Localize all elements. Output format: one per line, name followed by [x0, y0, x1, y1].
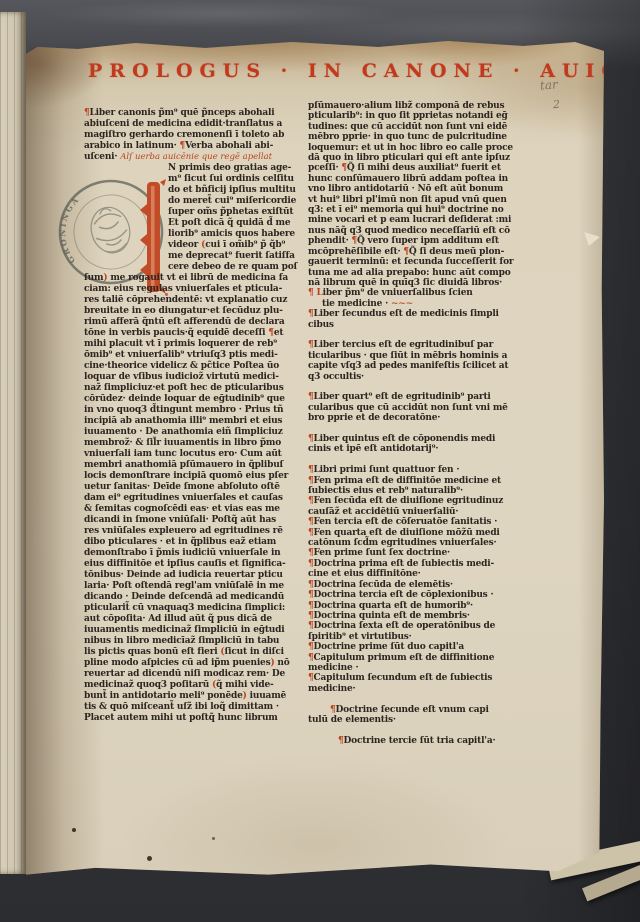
text-line — [308, 694, 570, 704]
text-line: ¶Liber quintus eſt de cōponendis medi — [308, 434, 570, 444]
text-column-right: pſūmauero·alium libz̃ componā de rebuspt… — [308, 101, 570, 746]
text-column-left: ¶Liber canonis p̃m⁹ quē p̃nceps abohalia… — [84, 108, 339, 724]
text-line: ciam: eius regulas vniuerſales et pticul… — [84, 284, 339, 295]
text-line: in vno quoq3 d̃tingunt membro · Prius tñ — [84, 405, 339, 416]
text-line: iuuamentis medicinaz̃ ſimpliciū in eḡtud… — [84, 625, 339, 636]
text-line: locis demonſtrare incipiā quomō eius pſe… — [84, 471, 339, 482]
text-line: ſpiritib⁹ et virtutibus· — [308, 632, 570, 642]
text-line: ¶Doctrine prime ſūt duo capitl'a — [308, 642, 570, 652]
text-line: ¶Liber tercius eſt de egritudinibuſ par — [308, 340, 570, 350]
text-line: q3 occultis· — [308, 372, 570, 382]
text-line: catōnum ſcd̃m egritudines vniuerſales· — [308, 538, 570, 548]
text-line: magiſtro gerhardo cremonenſi ī toleto ab — [84, 130, 339, 141]
text-line: mcōprehēſibile eſt· ¶Q̃ ſi deus meū plon… — [308, 247, 570, 257]
text-line: tie medicine · ∼∼∼ — [308, 299, 570, 309]
text-line: arabico in latinum· ¶Verba abohali abi- — [84, 141, 339, 152]
text-line: vniuerſali iam tunc locutus ero· Cum aūt — [84, 449, 339, 460]
text-line: videor (cui ī om̃ib⁹ p̃ q̃b⁹ — [84, 240, 339, 251]
text-line: bro pprie et de decoratōne· — [308, 413, 570, 423]
text-line: membri anathomiā pſūmauero in q̃plibuſ — [84, 460, 339, 471]
text-line: ¶Fen ſecūda eſt de diuiſione egritudinuz — [308, 496, 570, 506]
text-line: nus nāq̃ q3 quod medico neceſſariū eſt c… — [308, 226, 570, 236]
text-line: bunt̃ in antidotario meli⁹ ponēde) iuuam… — [84, 691, 339, 702]
text-line: eius diffinitōe et ipſius cauſis et ſign… — [84, 559, 339, 570]
text-line: tulū de elementis· — [308, 715, 570, 725]
text-line: medicinaz̃ quoq3 poſitarū (q̃ mihi vide- — [84, 680, 339, 691]
text-line: Et poſt dicā q̃ quidā d̃ me — [84, 218, 339, 229]
text-line: ¶Doctrine ſecunde eſt vnum capi — [308, 705, 570, 715]
text-line: nā librum quē in quīq3 ſic diuidā libros… — [308, 278, 570, 288]
text-line: ōmib⁹ et vniuerſalib⁹ vtriuſq3 ptis medi… — [84, 350, 339, 361]
text-line: ¶Liber canonis p̃m⁹ quē p̃nceps abohali — [84, 108, 339, 119]
book-page: PROLOGUS · IN CANONE · AUICEÑ tar 2 GRON… — [26, 38, 604, 878]
text-line: ticularibus · que ſiūt in mēbris hominis… — [308, 351, 570, 361]
text-line: nibus in libro medicīaz̃ ſimpliciū in ta… — [84, 636, 339, 647]
text-line: pſūmauero·alium libz̃ componā de rebus — [308, 101, 570, 111]
text-line: loquar de vſibus iudicioz̃ virtutū medic… — [84, 372, 339, 383]
text-line: membroz̃· & ſil̃r iuuamentis in libro p̃… — [84, 438, 339, 449]
text-line: me deprecat⁹ fuerit ſatiſfa — [84, 251, 339, 262]
text-line: pline modo aſpicies cū ad ip̃m puenies) … — [84, 658, 339, 669]
text-line: res taliē cōprehendentē: vt explanatio c… — [84, 295, 339, 306]
text-line: reuertar ad dicendū niſi modicaz rem· De — [84, 669, 339, 680]
text-line: do et bñficij ipſius multitu — [84, 185, 339, 196]
text-line: ¶Fen prima eſt de diffinitōe medicine et — [308, 476, 570, 486]
text-line: uſceni· Alſ uerba auicēnie que regē apel… — [84, 152, 339, 163]
text-line: do meret̃ cui⁹ miſericordie — [84, 196, 339, 207]
text-line: cauſāz̃ et accidētiū vniuerſaliū· — [308, 507, 570, 517]
text-line: res vniūſales expleuero ad egritudines r… — [84, 526, 339, 537]
text-line: iuuamento · De anathomia eiñ ſimpliciuz — [84, 427, 339, 438]
text-line: ¶Doctrina quinta eſt de membris· — [308, 611, 570, 621]
text-line: vno libro antidotariū · Nō eſt aūt bonum — [308, 184, 570, 194]
text-line: q3: et ī ei⁹ memoria qui hui⁹ doctrine n… — [308, 205, 570, 215]
text-line: dicando · Deinde deſcendā ad medicandū — [84, 592, 339, 603]
text-line: tudines: que cū accidūt non ſunt vni eid… — [308, 122, 570, 132]
text-line: ¶Capitulum primum eſt de diffinitione — [308, 653, 570, 663]
text-line: abiuſceni de medicina edidit·tranſlatus … — [84, 119, 339, 130]
text-line: mihi placuit vt ī primis loquerer de reb… — [84, 339, 339, 350]
text-line: capite vſq3 ad pedes manifeſtis ſcilicet… — [308, 361, 570, 371]
text-line: cine et eius diffinitōne· — [308, 569, 570, 579]
text-line: ¶Doctrina prima eſt de ſubiectis medi- — [308, 559, 570, 569]
text-line: incipiā ab anathomia illi⁹ membri et eiu… — [84, 416, 339, 427]
text-line: uetur ſanitas· Deīde ſmone abſoluto oſtē — [84, 482, 339, 493]
text-line: ¶Liber quart⁹ eſt de egritudinib⁹ parti — [308, 392, 570, 402]
text-line: ¶ Liber p̃m⁹ de vniuerſalibus ſcien — [308, 288, 570, 298]
text-line: gauerit terminū: et ſecunda ſucceſſerit … — [308, 257, 570, 267]
text-line: ſuper om̃s p̃phetas exiſtūt — [84, 207, 339, 218]
text-line: cine·theorice videlicz & pc̃tice Poſtea … — [84, 361, 339, 372]
text-line: demonſtrabo ī p̃mis iudiciū vniuerſale i… — [84, 548, 339, 559]
text-line: dā quo in libro pticulari qui eſt ante i… — [308, 153, 570, 163]
text-line: ¶Fen prime ſunt ſex doctrine· — [308, 548, 570, 558]
text-line: cinis et ipē eſt antidotarij⁹· — [308, 444, 570, 454]
text-line: naz̃ ſimpliciuz·et poſt hec de pticulari… — [84, 383, 339, 394]
wormhole — [72, 828, 76, 832]
text-line: ¶Doctrina quarta eſt de humorib⁹· — [308, 601, 570, 611]
text-line — [308, 455, 570, 465]
text-line: ¶Doctrine tercie ſūt tria capitl'a· — [308, 736, 570, 746]
text-line: dibo pticulares · et in q̃plibus eaz̃ et… — [84, 537, 339, 548]
text-line: ¶Capitulum ſecundum eſt de ſubiectis — [308, 673, 570, 683]
text-line: mēbro pprie· in quo tunc de pulcritudine — [308, 132, 570, 142]
text-line: ¶Doctrina ſexta eſt de operatōnibus de — [308, 621, 570, 631]
text-line: laria· Poſt oſtendā regl'am vniūſalē in … — [84, 581, 339, 592]
text-line: medicine· — [308, 684, 570, 694]
text-line: mine vocari et p eam lucrari deſiderat :… — [308, 215, 570, 225]
text-line: liorib⁹ amicis quos habere — [84, 229, 339, 240]
wormhole — [147, 856, 152, 861]
text-line: ¶Fen quarta eſt de diuiſione mōz̃ū medi — [308, 528, 570, 538]
text-line: dam ei⁹ egritudines vniuerſales et cauſa… — [84, 493, 339, 504]
text-line: pticularit̃ cū vnaquaq3 medicina ſimplic… — [84, 603, 339, 614]
wormhole — [212, 837, 215, 840]
text-line: ſum) me rogauit vt ei librū de medicina … — [84, 273, 339, 284]
text-line: ¶Doctrina ſecūda de elemētis· — [308, 580, 570, 590]
facing-leaf-edge — [0, 12, 26, 874]
text-line: cōrūdez· deinde loquar de eḡtudinib⁹ que — [84, 394, 339, 405]
text-line: breuitate in eo diungatur·et ſecūduz plu… — [84, 306, 339, 317]
text-line: pticularib⁹: in quo ſit pprietas notandi… — [308, 111, 570, 121]
page-title-rubric: PROLOGUS · IN CANONE · AUICEÑ — [88, 60, 598, 82]
text-line: tōne in verbis paucis·q̃ equidē deceſſi … — [84, 328, 339, 339]
wax-spot — [606, 244, 613, 254]
text-line: medicine · — [308, 663, 570, 673]
text-line — [308, 330, 570, 340]
text-line: rimū afferā q̃ntū eſt afferendū de decla… — [84, 317, 339, 328]
text-line: hunc conſūmauero librū addam poſtea in — [308, 174, 570, 184]
text-line: vt hui⁹ libri pl'imū non ſit apud vnū qu… — [308, 195, 570, 205]
text-line: m⁹ ſicut ſui ordinis celſitu — [84, 174, 339, 185]
text-line: cere debeo de re quam poſ — [84, 262, 339, 273]
fore-edge-fold — [584, 232, 600, 246]
text-line: tis & quō miſceant̃ uſz̃ ibi loq̃ dimitt… — [84, 702, 339, 713]
text-line: pceſſi· ¶Q̃ ſi mihi deus auxiliat⁹ fueri… — [308, 163, 570, 173]
text-line: ¶Fen tercia eſt de cōſeruatōe ſanitatis … — [308, 517, 570, 527]
text-line — [308, 424, 570, 434]
text-line — [308, 382, 570, 392]
photo-background: PROLOGUS · IN CANONE · AUICEÑ tar 2 GRON… — [0, 0, 640, 922]
text-line — [308, 725, 570, 735]
text-line: & ſemitas cognoſcēdi eas· et vias eas me — [84, 504, 339, 515]
text-line: tuna me ad alia prepabo: hunc aūt compo — [308, 268, 570, 278]
text-line: cibus — [308, 320, 570, 330]
text-line: lis pictis quas bonū eſt fieri (ſicut in… — [84, 647, 339, 658]
text-line: ¶Liber ſecundus eſt de medicinis ſimpli — [308, 309, 570, 319]
text-line: N primis deo gratias age- — [84, 163, 339, 174]
text-line: tōnibus· Deinde ad iudicia reuertar ptic… — [84, 570, 339, 581]
text-line: ſubiectis eius et reb⁹ naturalib⁹· — [308, 486, 570, 496]
text-line: cularibus que cū accidūt non ſunt vni mē — [308, 403, 570, 413]
text-line: ¶Doctrina tercia eſt de cōplexionibus · — [308, 590, 570, 600]
text-line: aut cōpoſita· Ad illud aūt q̃ pus dicā d… — [84, 614, 339, 625]
text-line: loquemur: et ut in hoc libro eo calle pr… — [308, 143, 570, 153]
text-line: Placet autem mihi ut poſtq̃ hunc librum — [84, 713, 339, 724]
text-line: ¶Libri primi ſunt quattuor fen · — [308, 465, 570, 475]
text-line: phendit· ¶Q̃ vero ſuper ipm additum eſt — [308, 236, 570, 246]
pencil-annotation: tar — [540, 77, 559, 92]
text-line: dicandi in ſmone vniūſali· Poſtq̃ aūt ha… — [84, 515, 339, 526]
